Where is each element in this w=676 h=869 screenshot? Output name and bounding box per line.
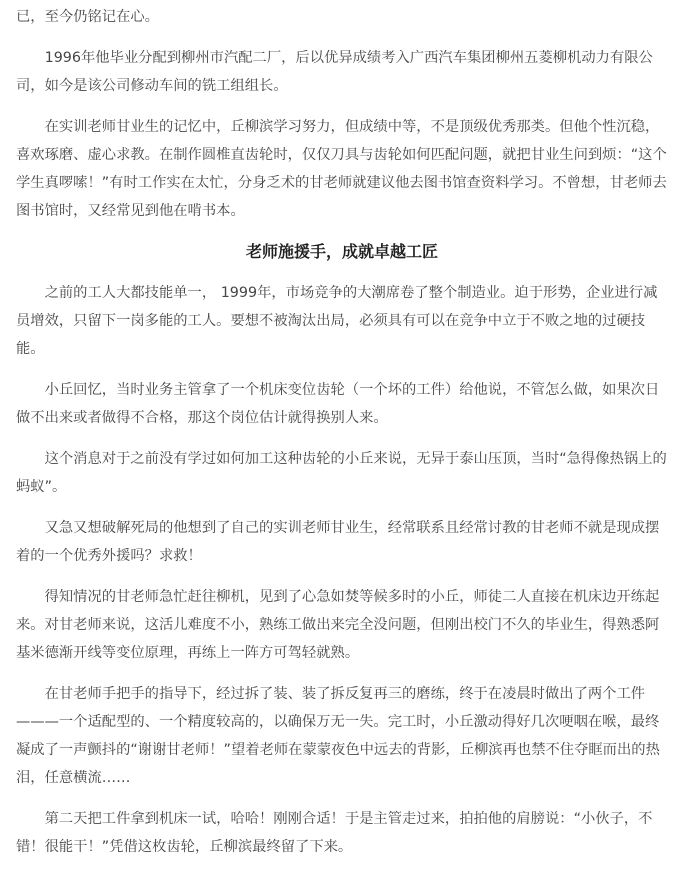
section-heading: 老师施援手，成就卓越工匠	[16, 238, 668, 266]
paragraph: 这个消息对于之前没有学过如何加工这种齿轮的小丘来说，无异于泰山压顶，当时“急得像…	[16, 445, 668, 501]
document-page: 已，至今仍铭记在心。 1996年他毕业分配到柳州市汽配二厂，后以优异成绩考入广西…	[0, 0, 676, 869]
continuation-paragraph: 已，至今仍铭记在心。	[16, 3, 668, 31]
paragraph: 得知情况的甘老师急忙赶往柳机，见到了心急如焚等候多时的小丘，师徒二人直接在机床边…	[16, 583, 668, 667]
paragraph: 又急又想破解死局的他想到了自己的实训老师甘业生，经常联系且经常讨教的甘老师不就是…	[16, 514, 668, 570]
paragraph: 之前的工人大都技能单一， 1999年，市场竞争的大潮席卷了整个制造业。迫于形势，…	[16, 279, 668, 363]
paragraph: 在甘老师手把手的指导下，经过拆了装、装了拆反复再三的磨练，终于在凌晨时做出了两个…	[16, 680, 668, 792]
paragraph: 1996年他毕业分配到柳州市汽配二厂，后以优异成绩考入广西汽车集团柳州五菱柳机动…	[16, 44, 668, 100]
paragraph: 小丘回忆，当时业务主管拿了一个机床变位齿轮（一个坏的工件）给他说，不管怎么做，如…	[16, 376, 668, 432]
paragraph: 第二天把工件拿到机床一试，哈哈！刚刚合适！于是主管走过来，拍拍他的肩膀说：“小伙…	[16, 805, 668, 861]
paragraph: 在实训老师甘业生的记忆中，丘柳滨学习努力，但成绩中等，不是顶级优秀那类。但他个性…	[16, 113, 668, 225]
article-body: 已，至今仍铭记在心。 1996年他毕业分配到柳州市汽配二厂，后以优异成绩考入广西…	[0, 0, 676, 861]
